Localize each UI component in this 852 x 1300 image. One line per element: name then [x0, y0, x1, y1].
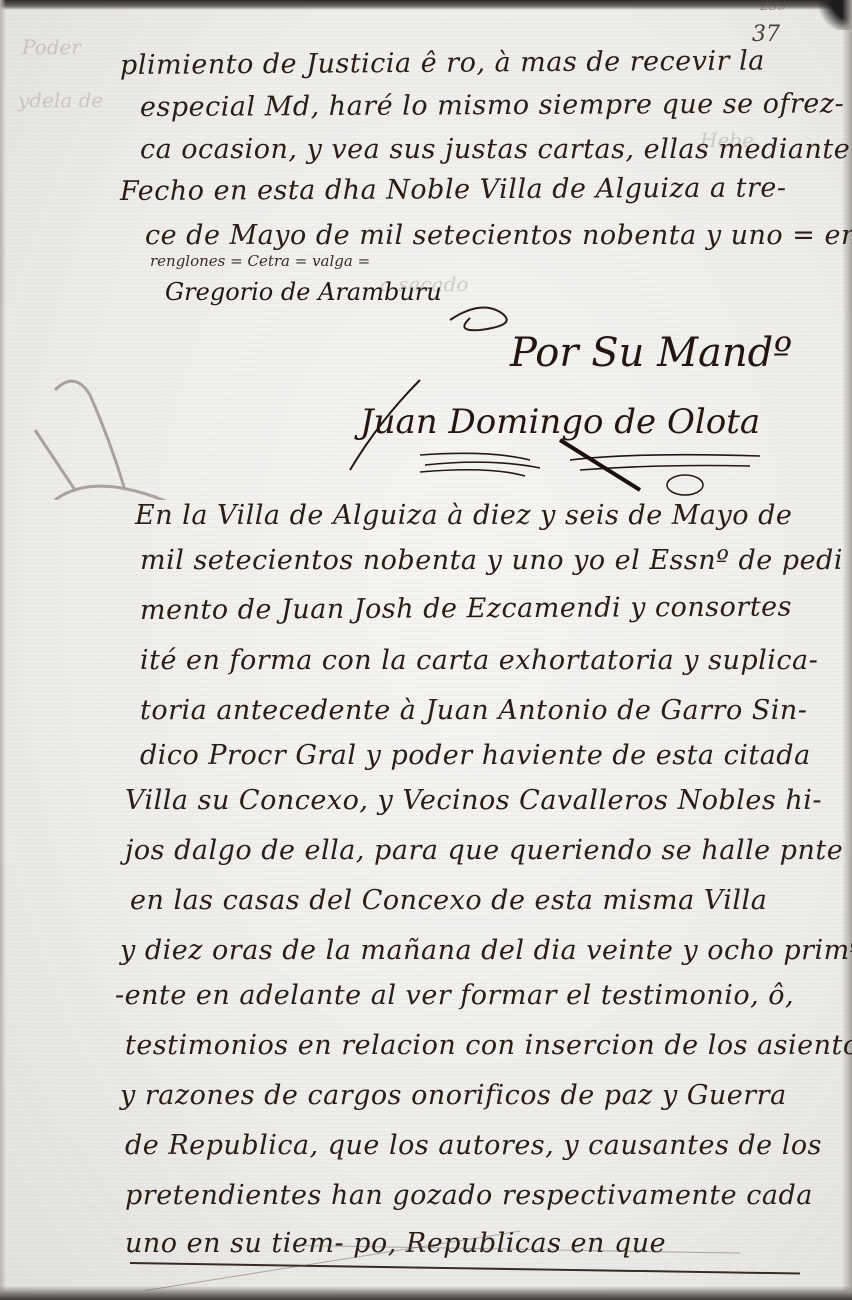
text-line: ca ocasion, y vea sus justas cartas, ell…: [140, 134, 852, 165]
text-line: toria antecedente à Juan Antonio de Garr…: [140, 695, 807, 726]
old-folio-number: 239: [760, 0, 787, 14]
text-line: plimiento de Justicia ê ro, à mas de rec…: [120, 45, 765, 81]
signature-rubric: [340, 360, 800, 500]
interlinear-note: renglones = Cetra = valga =: [150, 252, 370, 270]
bleed-through-text: Poder: [22, 35, 81, 59]
text-line: En la Villa de Alguiza à diez y seis de …: [135, 500, 792, 531]
page-bottom-edge: [0, 1286, 852, 1300]
text-line: Villa su Concexo, y Vecinos Cavalleros N…: [125, 785, 822, 816]
text-line: testimonios en relacion con insercion de…: [125, 1030, 852, 1061]
text-line: mento de Juan Josh de Ezcamendi y consor…: [140, 592, 792, 626]
manuscript-page: Poder ydela de Hebe a sacado 239 37 plim…: [0, 0, 852, 1300]
page-left-edge: [0, 0, 6, 1300]
text-line: especial Md, haré lo mismo siempre que s…: [140, 88, 844, 123]
text-line: en las casas del Concexo de esta misma V…: [130, 885, 767, 916]
text-line: -ente en adelante al ver formar el testi…: [115, 980, 794, 1011]
text-line: jos dalgo de ella, para que queriendo se…: [125, 835, 843, 866]
bleed-through-flourish: [15, 350, 195, 500]
text-line: de Republica, que los autores, y causant…: [125, 1130, 822, 1161]
text-line: ce de Mayo de mil setecientos nobenta y …: [145, 220, 852, 251]
text-line: pretendientes han gozado respectivamente…: [125, 1180, 813, 1211]
text-line: y razones de cargos onorificos de paz y …: [120, 1080, 787, 1111]
closing-rule: [130, 1262, 800, 1275]
bleed-through-text: ydela de: [18, 88, 103, 112]
text-line: dico Procr Gral y poder haviente de esta…: [140, 740, 811, 771]
text-line: Fecho en esta dha Noble Villa de Alguiza…: [120, 173, 787, 207]
folio-number: 37: [752, 22, 780, 47]
text-line: ité en forma con la carta exhortatoria y…: [140, 645, 818, 676]
page-right-edge: [842, 0, 852, 1300]
text-line: y diez oras de la mañana del dia veinte …: [120, 935, 852, 966]
text-line: mil setecientos nobenta y uno yo el Essn…: [140, 545, 843, 576]
page-top-edge: [0, 0, 852, 10]
text-line: uno en su tiem- po, Republicas en que: [125, 1228, 666, 1259]
signature-aramburu: Gregorio de Aramburu: [165, 278, 442, 306]
